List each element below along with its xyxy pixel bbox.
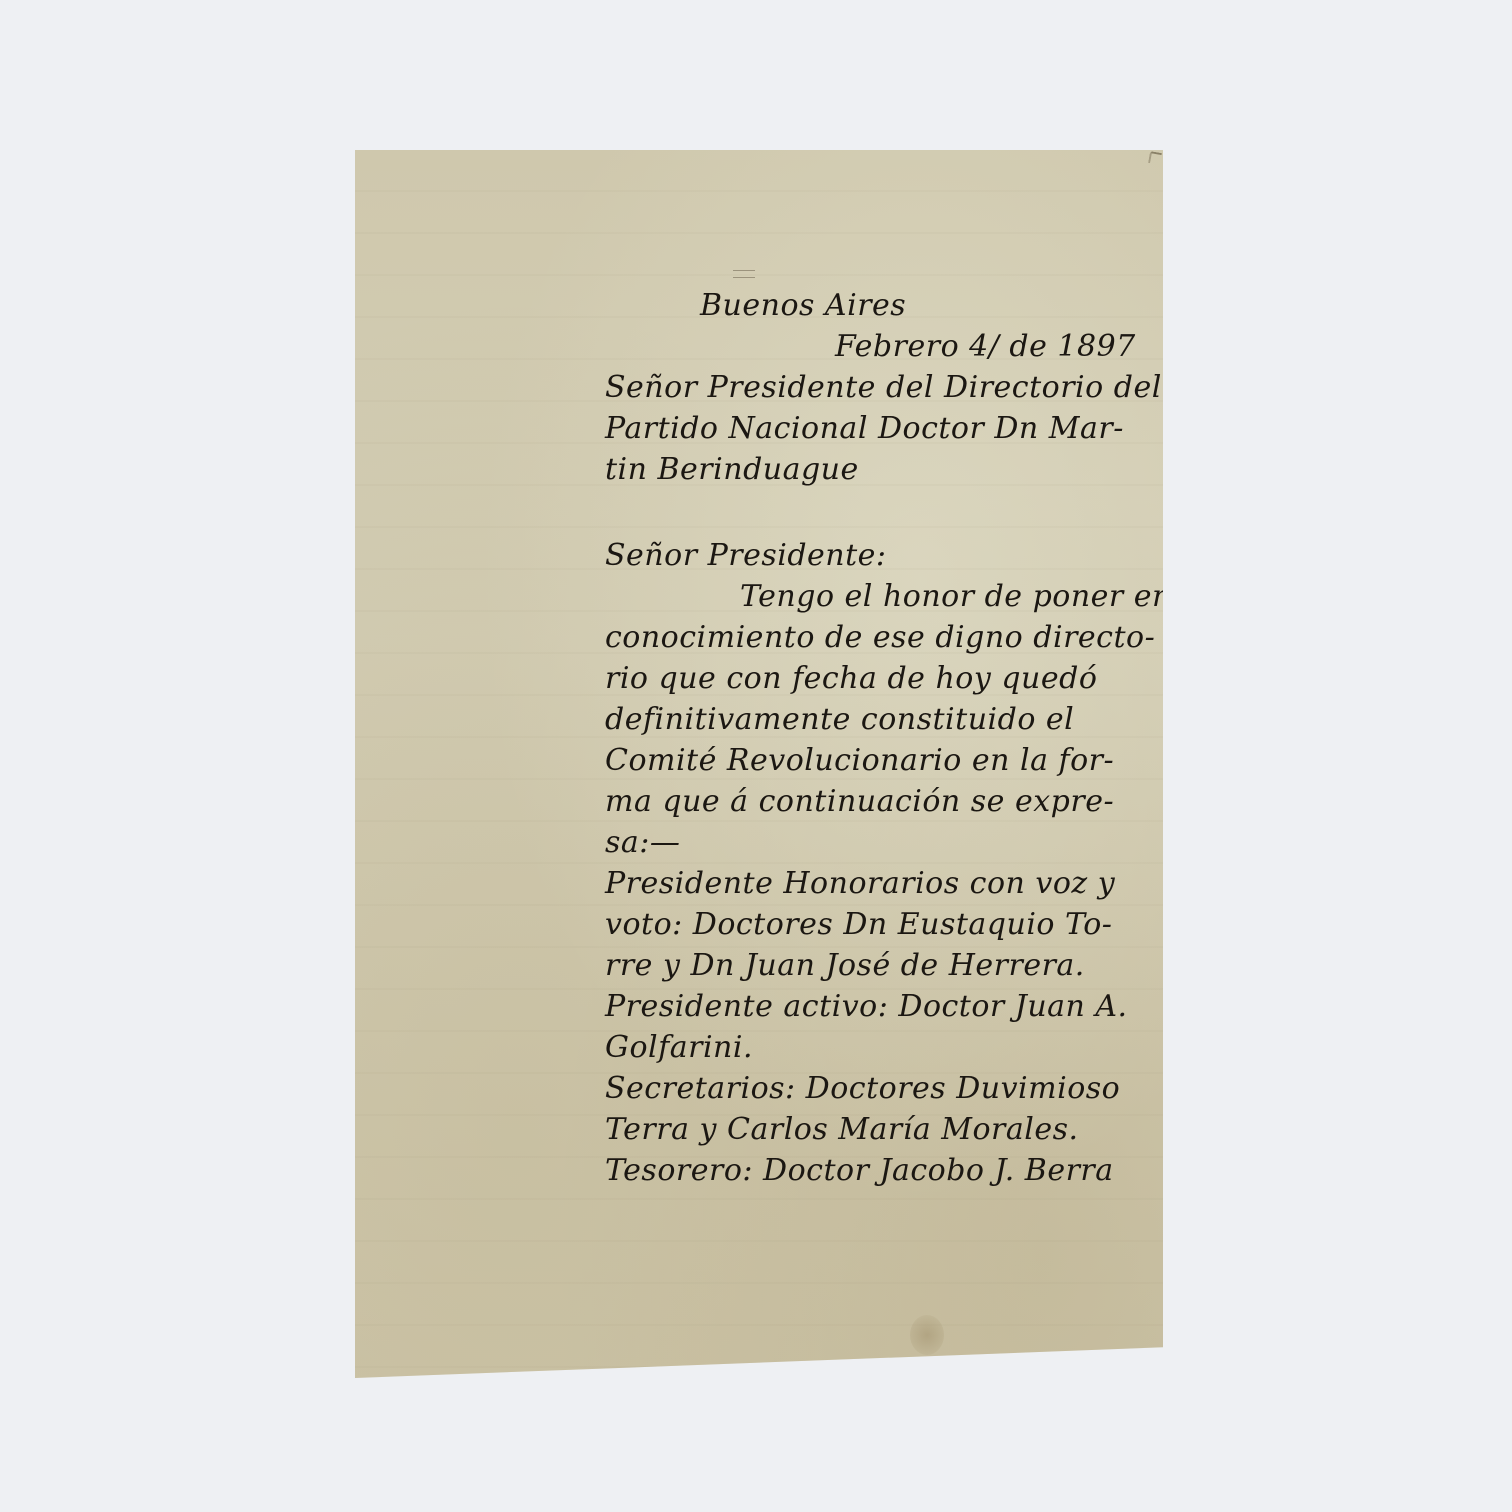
letter-date: Febrero 4/ de 1897	[605, 326, 1165, 367]
body-line: Presidente activo: Doctor Juan A.	[605, 986, 1165, 1027]
body-line: sa:—	[605, 822, 1165, 863]
salutation: Señor Presidente:	[605, 535, 1165, 576]
body-line: rre y Dn Juan José de Herrera.	[605, 945, 1165, 986]
body-line: Tesorero: Doctor Jacobo J. Berra	[605, 1150, 1165, 1191]
address-line: Partido Nacional Doctor Dn Mar-	[605, 408, 1165, 449]
body-line: conocimiento de ese digno directo-	[605, 617, 1165, 658]
address-line: tin Berinduague	[605, 449, 1165, 490]
address-line: Señor Presidente del Directorio del	[605, 367, 1165, 408]
body-line: Comité Revolucionario en la for-	[605, 740, 1165, 781]
body-line: ma que á continuación se expre-	[605, 781, 1165, 822]
body-line: Secretarios: Doctores Duvimioso	[605, 1068, 1165, 1109]
body-line: Terra y Carlos María Morales.	[605, 1109, 1165, 1150]
folded-corner	[1148, 151, 1162, 165]
body-line: Tengo el honor de poner en	[605, 576, 1165, 617]
handwritten-letter: Buenos Aires Febrero 4/ de 1897 Señor Pr…	[605, 285, 1165, 1191]
body-line: voto: Doctores Dn Eustaquio To-	[605, 904, 1165, 945]
body-line: rio que con fecha de hoy quedó	[605, 658, 1165, 699]
fingerprint-stain	[910, 1315, 944, 1355]
faint-mark	[733, 270, 755, 278]
letter-place: Buenos Aires	[605, 285, 1165, 326]
body-line: Presidente Honorarios con voz y	[605, 863, 1165, 904]
body-line: Golfarini.	[605, 1027, 1165, 1068]
letter-paper: Buenos Aires Febrero 4/ de 1897 Señor Pr…	[355, 150, 1163, 1378]
body-line: definitivamente constituido el	[605, 699, 1165, 740]
